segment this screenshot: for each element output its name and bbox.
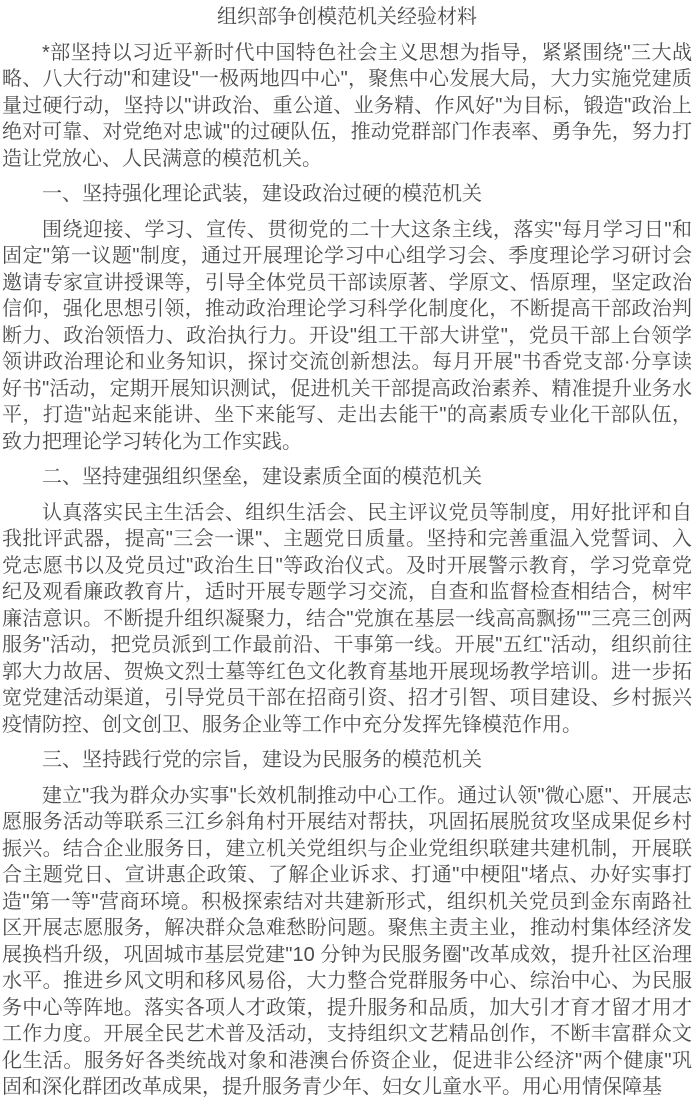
document: 组织部争创模范机关经验材料 *部坚持以习近平新时代中国特色社会主义思想为指导，紧… xyxy=(0,0,693,1097)
body-paragraph-section-1: 围绕迎接、学习、宣传、贯彻党的二十大这条主线，落实"每月学习日"和固定"第一议题… xyxy=(2,217,692,456)
section-heading-3: 三、坚持践行党的宗旨，建设为民服务的模范机关 xyxy=(2,747,692,774)
section-heading-1: 一、坚持强化理论武装，建设政治过硬的模范机关 xyxy=(2,181,692,208)
section-heading-2: 二、坚持建强组织堡垒，建设素质全面的模范机关 xyxy=(2,464,692,491)
body-paragraph-intro: *部坚持以习近平新时代中国特色社会主义思想为指导，紧紧围绕"三大战略、八大行动"… xyxy=(2,40,692,173)
body-paragraph-section-3: 建立"我为群众办实事"长效机制推动中心工作。通过认领"微心愿"、开展志愿服务活动… xyxy=(2,783,692,1097)
document-title: 组织部争创模范机关经验材料 xyxy=(2,4,692,31)
body-paragraph-section-2: 认真落实民主生活会、组织生活会、民主评议党员等制度，用好批评和自我批评武器，提高… xyxy=(2,500,692,739)
